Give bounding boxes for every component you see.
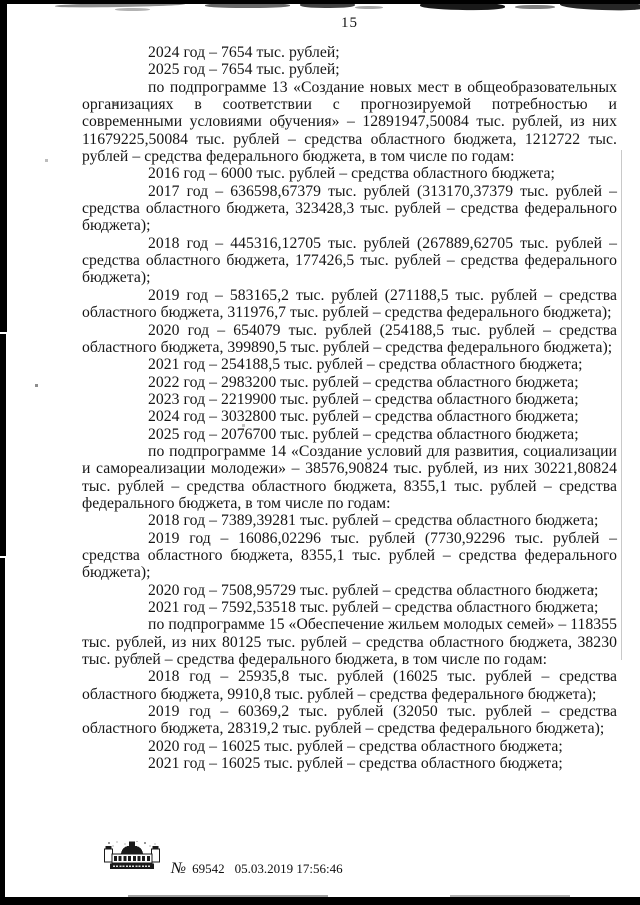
scan-smudge (55, 2, 185, 8)
paragraph: 2018 год – 7389,39281 тыс. рублей – сред… (82, 512, 617, 529)
paragraph: 2020 год – 7508,95729 тыс. рублей – сред… (82, 582, 617, 599)
paragraph: по подпрограмме 14 «Создание условий для… (82, 443, 617, 512)
scan-smudge (420, 1, 505, 10)
paragraph: 2018 год – 445316,12705 тыс. рублей (267… (82, 235, 617, 287)
paragraph: 2018 год – 25935,8 тыс. рублей (16025 ты… (82, 668, 617, 703)
paragraph: 2024 год – 3032800 тыс. рублей – средств… (82, 408, 617, 425)
scan-smudge (300, 2, 355, 8)
paragraph: 2021 год – 254188,5 тыс. рублей – средст… (82, 356, 617, 373)
scan-smudge (205, 3, 290, 8)
paragraph: по подпрограмме 15 «Обеспечение жильем м… (82, 616, 617, 668)
paragraph: по подпрограмме 13 «Создание новых мест … (82, 79, 617, 166)
scan-smudge (128, 895, 328, 897)
paragraph-list: 2024 год – 7654 тыс. рублей;2025 год – 7… (82, 44, 617, 772)
scan-fold-line (621, 150, 622, 660)
scanned-document-page: { "page": { "number": "15" }, "document"… (0, 0, 640, 905)
page-number: 15 (82, 15, 617, 32)
registration-datetime: 05.03.2019 17:56:46 (235, 861, 343, 876)
scan-artifact-bottom-edge (0, 897, 640, 905)
paragraph: 2016 год – 6000 тыс. рублей – средства о… (82, 165, 617, 182)
number-sign: № (171, 860, 186, 877)
paragraph: 2020 год – 654079 тыс. рублей (254188,5 … (82, 322, 617, 357)
paragraph: 2021 год – 16025 тыс. рублей – средства … (82, 755, 617, 772)
paragraph: 2022 год – 2983200 тыс. рублей – средств… (82, 374, 617, 391)
scan-smudge (450, 895, 570, 897)
paragraph: 2017 год – 636598,67379 тыс. рублей (313… (82, 183, 617, 235)
scan-artifact-top-bar (0, 0, 640, 4)
paragraph: 2025 год – 2076700 тыс. рублей – средств… (82, 426, 617, 443)
government-building-stamp-icon (103, 840, 161, 872)
paragraph: 2019 год – 16086,02296 тыс. рублей (7730… (82, 530, 617, 582)
scan-artifact-top-edge (0, 0, 640, 14)
scan-artifact-left-edge (0, 334, 6, 556)
paragraph: 2019 год – 583165,2 тыс. рублей (271188,… (82, 287, 617, 322)
scan-artifact-left-edge (0, 558, 5, 905)
scan-smudge (115, 8, 150, 11)
scan-artifact-left-edge (0, 0, 7, 332)
paragraph: 2025 год – 7654 тыс. рублей; (82, 61, 617, 78)
paragraph: 2023 год – 2219900 тыс. рублей – средств… (82, 391, 617, 408)
document-number: 69542 (192, 861, 225, 876)
scan-smudge (560, 0, 640, 11)
paragraph: 2020 год – 16025 тыс. рублей – средства … (82, 738, 617, 755)
scan-smudge (355, 6, 383, 9)
paragraph: 2019 год – 60369,2 тыс. рублей (32050 ты… (82, 703, 617, 738)
registration-line: №6954205.03.2019 17:56:46 (171, 860, 343, 878)
scan-noise-speckles (0, 0, 1, 1)
scan-smudge (515, 5, 555, 9)
document-body: 2024 год – 7654 тыс. рублей;2025 год – 7… (82, 44, 617, 772)
paragraph: 2021 год – 7592,53518 тыс. рублей – сред… (82, 599, 617, 616)
paragraph: 2024 год – 7654 тыс. рублей; (82, 44, 617, 61)
